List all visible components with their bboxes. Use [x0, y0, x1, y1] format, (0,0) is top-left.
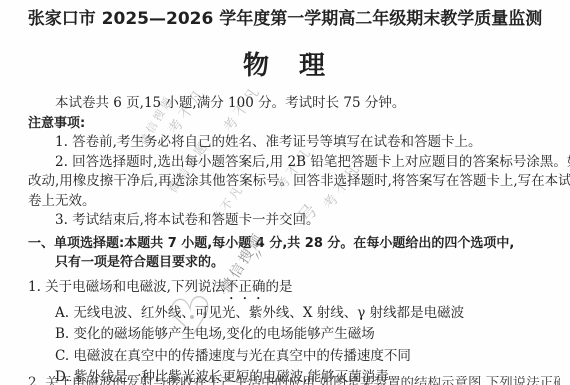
- notes-heading: 注意事项:: [28, 114, 542, 134]
- note-line-1: 1. 答卷前,考生务必将自己的姓名、准考证号等填写在试卷和答题卡上。: [28, 133, 542, 153]
- question1-emphasized: 不正确: [225, 279, 266, 295]
- question1-prefix: 1. 关于电磁场和电磁波,下列说法: [28, 279, 225, 295]
- paper-title: 张家口市 2025—2026 学年度第一学期高二年级期末教学质量监测: [0, 0, 570, 30]
- paper-body: 本试卷共 6 页,15 小题,满分 100 分。考试时长 75 分钟。 注意事项…: [28, 94, 542, 385]
- question1-stem: 1. 关于电磁场和电磁波,下列说法不正确的是: [28, 277, 542, 303]
- note-line-3: 3. 考试结束后,将本试卷和答题卡一并交回。: [28, 211, 542, 231]
- question1-suffix: 的是: [265, 279, 292, 295]
- note-line-2-cont: 改动,用橡皮擦干净后,再选涂其他答案标号。回答非选择题时,将答案写在答题卡上,写…: [28, 172, 542, 192]
- question1-option-c: C. 电磁波在真空中的传播速度与光在真空中的传播速度不同: [28, 346, 542, 368]
- exam-paper-page: 考不凡 考不凡 微信搜题 微信搜题 考不凡 考不凡 号 考不凡 微信搜题 〃 ♡…: [0, 0, 570, 385]
- section1-header-line1: 一、单项选择题:本题共 7 小题,每小题 4 分,共 28 分。在每小题给出的四…: [28, 234, 542, 254]
- subject-title: 物 理: [0, 50, 570, 82]
- exam-info-line: 本试卷共 6 页,15 小题,满分 100 分。考试时长 75 分钟。: [28, 94, 542, 114]
- note-line-2: 2. 回答选择题时,选出每小题答案后,用 2B 铅笔把答题卡上对应题目的答案标号…: [28, 153, 542, 173]
- question1-option-a: A. 无线电波、红外线、可见光、紫外线、X 射线、γ 射线都是电磁波: [28, 303, 542, 325]
- note-line-2-cont2: 卷上无效。: [28, 192, 542, 212]
- question2-cutoff-line: 2. 关于电磁波的发射与接收在生产生活中的应用,如图是某装置的结构示意图,下列说…: [28, 376, 560, 385]
- question1-option-b: B. 变化的磁场能够产生电场,变化的电场能够产生磁场: [28, 324, 542, 346]
- section1-header-line2: 只有一项是符合题目要求的。: [28, 253, 542, 273]
